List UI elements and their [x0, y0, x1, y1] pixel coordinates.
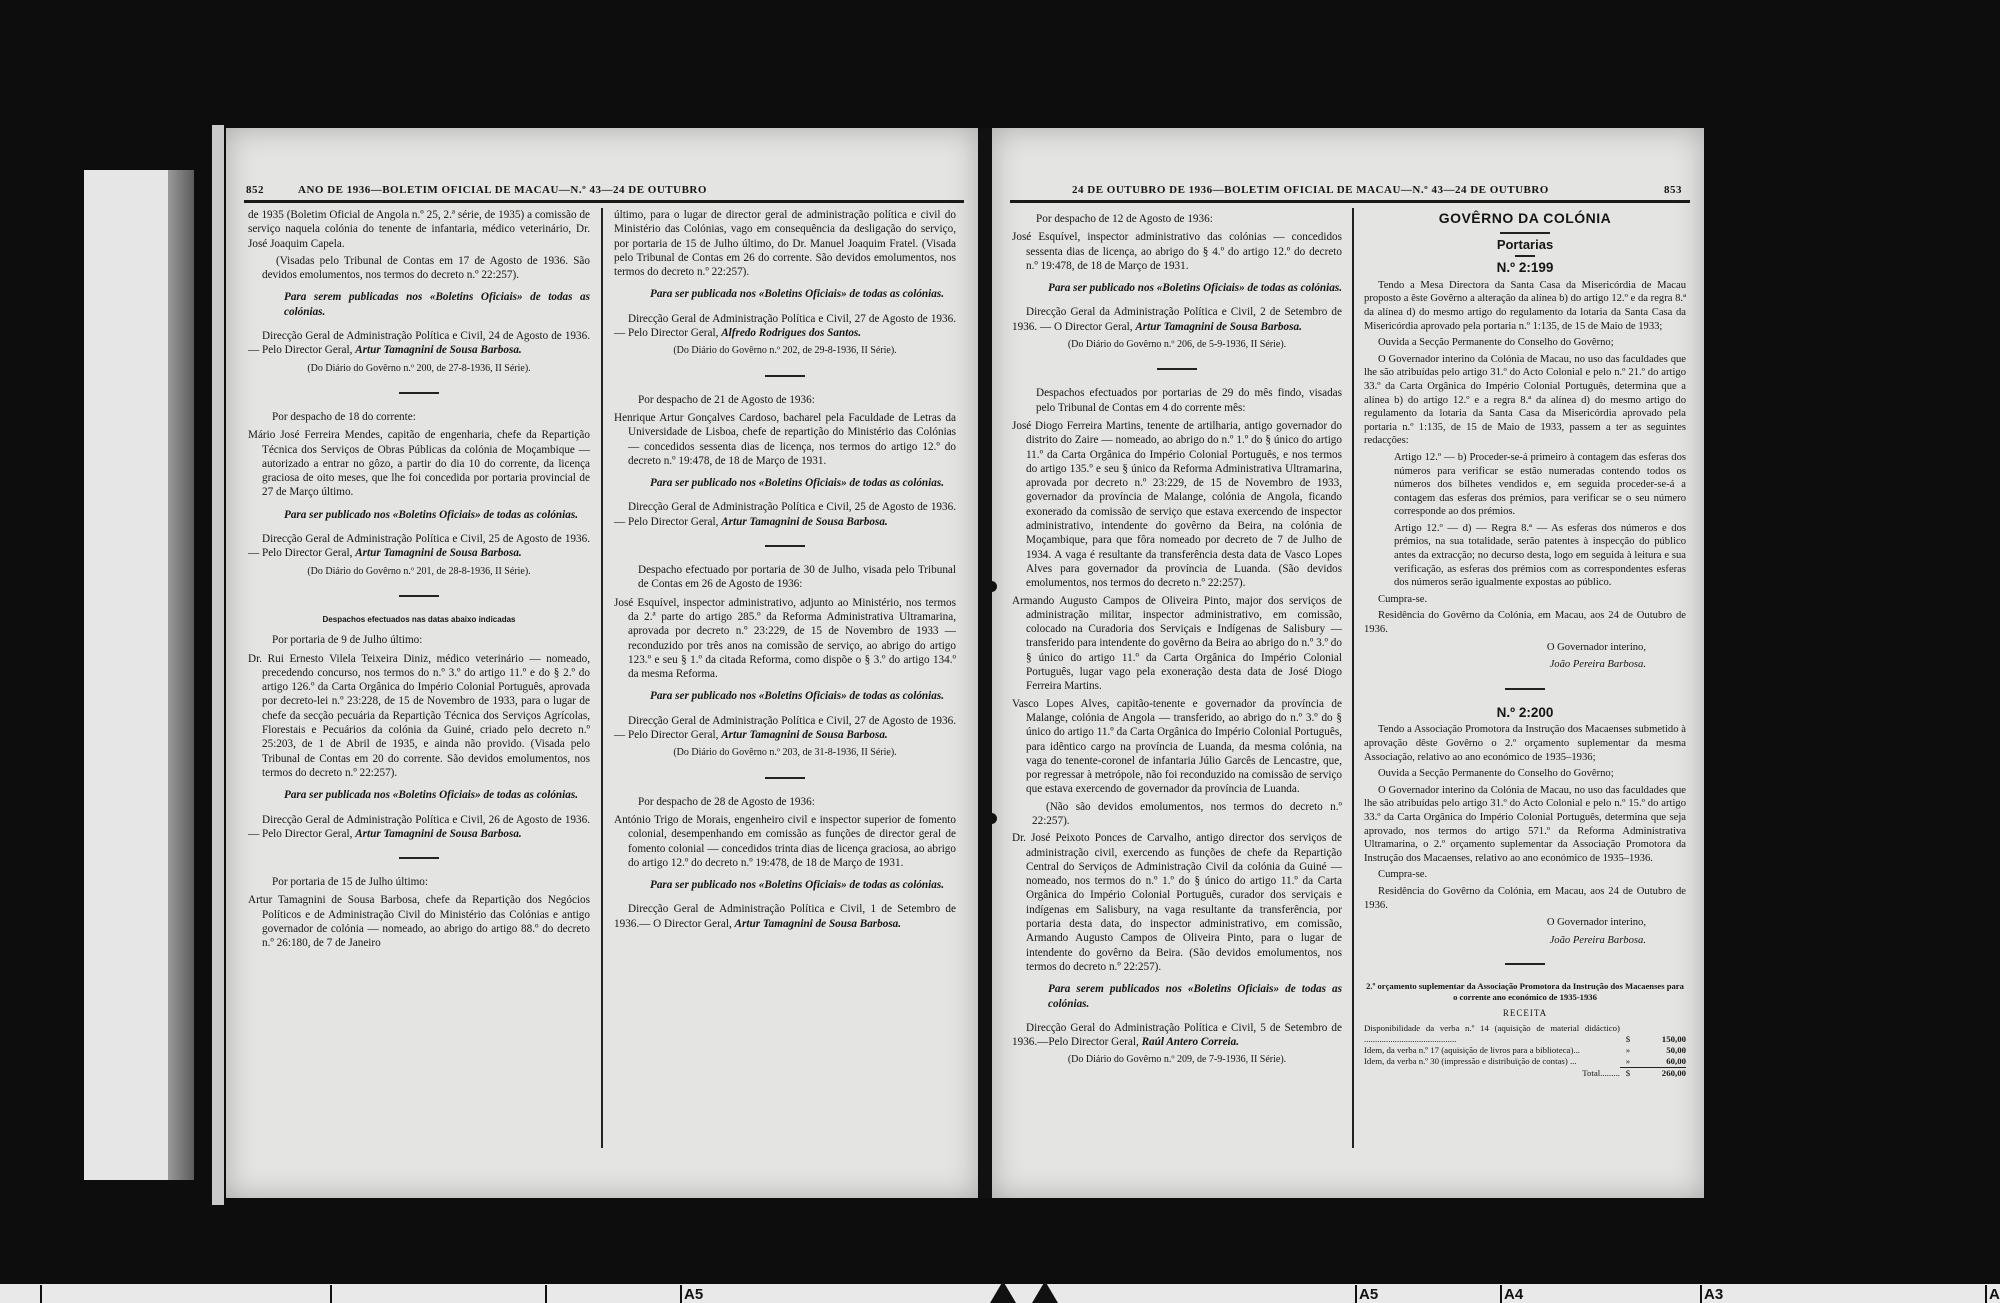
quoted-article: Artigo 12.º — b) Proceder-se-á primeiro …: [1364, 451, 1686, 519]
paragraph: Tendo a Associação Promotora da Instruçã…: [1364, 723, 1686, 764]
scale-marker: A: [1985, 1286, 2000, 1303]
budget-currency: »: [1620, 1056, 1636, 1068]
publication-note: Para ser publicado nos «Boletins Oficiai…: [614, 689, 956, 703]
signer-name: João Pereira Barbosa.: [1364, 658, 1686, 672]
despacho-intro: Por despacho de 12 de Agosto de 1936:: [1012, 212, 1342, 226]
signer-name: Artur Tamagnini de Sousa Barbosa.: [735, 918, 902, 930]
header-rule: [1010, 200, 1690, 203]
despacho-intro: Por despacho de 28 de Agosto de 1936:: [614, 795, 956, 809]
signature-block: Direcção Geral da Administração Política…: [1012, 305, 1342, 334]
left-running-head: ANO DE 1936—BOLETIM OFICIAL DE MACAU—N.º…: [298, 184, 707, 196]
signature-block: Direcção Geral de Administração Política…: [614, 714, 956, 743]
budget-currency: »: [1620, 1045, 1636, 1056]
source-citation: (Do Diário do Govêrno n.º 201, de 28-8-1…: [248, 565, 590, 579]
paragraph: Dr. José Peixoto Ponces de Carvalho, ant…: [1012, 831, 1342, 974]
right-page-column-2: GOVÊRNO DA COLÓNIA Portarias N.º 2:199 T…: [1364, 208, 1686, 1079]
section-separator: [1505, 688, 1545, 690]
budget-row: Idem, da verba n.º 30 (impressão e distr…: [1364, 1056, 1686, 1068]
scale-marker: A3: [1700, 1286, 1723, 1303]
scale-marker: A4: [1500, 1286, 1523, 1303]
publication-note: Para ser publicado nos «Boletins Oficiai…: [614, 476, 956, 490]
source-citation: (Do Diário do Govêrno n.º 209, de 7-9-19…: [1012, 1053, 1342, 1067]
book-edge: [212, 125, 224, 1205]
publication-note: Para ser publicado nos «Boletins Oficiai…: [614, 878, 956, 892]
total-label: Total.........: [1364, 1067, 1620, 1079]
page-gutter: [978, 128, 992, 1198]
budget-table: Disponibilidade da verba n.º 14 (aquisiç…: [1364, 1023, 1686, 1079]
source-citation: (Do Diário do Govêrno n.º 200, de 27-8-1…: [248, 362, 590, 376]
section-separator: [765, 545, 805, 547]
paragraph: Cumpra-se.: [1364, 593, 1686, 607]
source-citation: (Do Diário do Govêrno n.º 206, de 5-9-19…: [1012, 338, 1342, 352]
despacho-intro: Por despacho de 18 do corrente:: [248, 410, 590, 424]
paragraph: Tendo a Mesa Directora da Santa Casa da …: [1364, 279, 1686, 333]
paragraph: Armando Augusto Campos de Oliveira Pinto…: [1012, 594, 1342, 694]
signer-name: Artur Tamagnini de Sousa Barbosa.: [355, 828, 522, 840]
header-rule: [244, 200, 964, 203]
signature-block: Direcção Geral de Administração Política…: [614, 312, 956, 341]
portaria-number: N.º 2:199: [1364, 261, 1686, 275]
paragraph: O Governador interino da Colónia de Maca…: [1364, 784, 1686, 866]
budget-row: Disponibilidade da verba n.º 14 (aquisiç…: [1364, 1023, 1686, 1045]
right-page: 24 DE OUTUBRO DE 1936—BOLETIM OFICIAL DE…: [992, 128, 1704, 1198]
section-separator: [1505, 963, 1545, 965]
binding-hole: [986, 813, 997, 824]
signature-block: Direcção Geral do Administração Política…: [1012, 1021, 1342, 1050]
column-rule: [1352, 208, 1354, 1148]
paragraph: Henrique Artur Gonçalves Cardoso, bachar…: [614, 411, 956, 468]
adjacent-page-strip: [84, 170, 194, 1180]
signer-title: O Governador interino,: [1364, 641, 1686, 655]
section-separator: [399, 595, 439, 597]
paragraph: António Trigo de Morais, engenheiro civi…: [614, 813, 956, 870]
government-heading: GOVÊRNO DA COLÓNIA: [1364, 212, 1686, 226]
paragraph: Residência do Govêrno da Colónia, em Mac…: [1364, 609, 1686, 636]
total-amount: 260,00: [1636, 1067, 1686, 1079]
despacho-intro: Por despacho de 21 de Agosto de 1936:: [614, 393, 956, 407]
left-page-column-1: de 1935 (Boletim Oficial de Angola n.º 2…: [248, 208, 590, 954]
visa-note: (Visadas pelo Tribunal de Contas em 17 d…: [248, 254, 590, 283]
budget-label: Idem, da verba n.º 30 (impressão e distr…: [1364, 1056, 1620, 1068]
right-page-column-1: Por despacho de 12 de Agosto de 1936: Jo…: [1012, 208, 1342, 1074]
signer-title: O Governador interino,: [1364, 916, 1686, 930]
left-page-number: 852: [246, 184, 264, 196]
paragraph: Mário José Ferreira Mendes, capitão de e…: [248, 428, 590, 499]
signature-block: Direcção Geral de Administração Política…: [248, 813, 590, 842]
despacho-intro: Despachos efectuados por portarias de 29…: [1012, 386, 1342, 415]
paragraph: último, para o lugar de director geral d…: [614, 208, 956, 279]
budget-row: Idem, da verba n.º 17 (aquisição de livr…: [1364, 1045, 1686, 1056]
right-running-head: 24 DE OUTUBRO DE 1936—BOLETIM OFICIAL DE…: [1072, 184, 1549, 196]
despacho-intro: Por portaria de 9 de Julho último:: [248, 633, 590, 647]
section-separator: [1515, 255, 1535, 257]
budget-amount: 60,00: [1636, 1056, 1686, 1068]
budget-currency: $: [1620, 1023, 1636, 1045]
section-separator: [1500, 232, 1550, 234]
signature-block: Direcção Geral de Administração Política…: [614, 500, 956, 529]
signature-block: Direcção Geral de Administração Política…: [614, 902, 956, 931]
section-separator: [765, 777, 805, 779]
signer-name: Artur Tamagnini de Sousa Barbosa.: [721, 516, 888, 528]
signer-name: João Pereira Barbosa.: [1364, 934, 1686, 948]
despacho-intro: Por portaria de 15 de Julho último:: [248, 875, 590, 889]
microfilm-scale-strip: A5 A5 A4 A3 A: [0, 1284, 2000, 1303]
budget-title: 2.º orçamento suplementar da Associação …: [1364, 981, 1686, 1003]
subheading: Despachos efectuados nas datas abaixo in…: [248, 613, 590, 627]
total-currency: $: [1620, 1067, 1636, 1079]
signer-name: Artur Tamagnini de Sousa Barbosa.: [355, 344, 522, 356]
signer-name: Alfredo Rodrigues dos Santos.: [721, 327, 861, 339]
budget-total-row: Total......... $ 260,00: [1364, 1067, 1686, 1079]
signer-name: Artur Tamagnini de Sousa Barbosa.: [355, 547, 522, 559]
film-center-triangle: [990, 1281, 1016, 1303]
paragraph: Ouvida a Secção Permanente do Conselho d…: [1364, 767, 1686, 781]
budget-label: Disponibilidade da verba n.º 14 (aquisiç…: [1364, 1023, 1620, 1045]
budget-label: Idem, da verba n.º 17 (aquisição de livr…: [1364, 1045, 1620, 1056]
publication-note: Para ser publicada nos «Boletins Oficiai…: [248, 788, 590, 802]
paragraph: de 1935 (Boletim Oficial de Angola n.º 2…: [248, 208, 590, 251]
column-rule: [601, 208, 603, 1148]
paragraph: José Esquível, inspector administrativo …: [1012, 230, 1342, 273]
budget-amount: 150,00: [1636, 1023, 1686, 1045]
left-page: 852 ANO DE 1936—BOLETIM OFICIAL DE MACAU…: [226, 128, 978, 1198]
section-separator: [399, 857, 439, 859]
source-citation: (Do Diário do Govêrno n.º 202, de 29-8-1…: [614, 344, 956, 358]
left-page-column-2: último, para o lugar de director geral d…: [614, 208, 956, 933]
paragraph: Vasco Lopes Alves, capitão-tenente e gov…: [1012, 697, 1342, 797]
paragraph: Cumpra-se.: [1364, 868, 1686, 882]
signer-name: Artur Tamagnini de Sousa Barbosa.: [721, 729, 888, 741]
budget-section: RECEITA: [1364, 1007, 1686, 1021]
binding-hole: [986, 581, 997, 592]
paragraph: Artur Tamagnini de Sousa Barbosa, chefe …: [248, 893, 590, 950]
publication-note: Para ser publicado nos «Boletins Oficiai…: [1012, 281, 1342, 295]
publication-note: Para ser publicada nos «Boletins Oficiai…: [614, 287, 956, 301]
right-page-number: 853: [1664, 184, 1682, 196]
portaria-number: N.º 2:200: [1364, 706, 1686, 720]
paragraph: José Diogo Ferreira Martins, tenente de …: [1012, 419, 1342, 591]
film-center-triangle: [1032, 1281, 1058, 1303]
paragraph: O Governador interino da Colónia de Maca…: [1364, 353, 1686, 448]
section-separator: [765, 375, 805, 377]
publication-note: Para serem publicadas nos «Boletins Ofic…: [248, 290, 590, 319]
publication-note: Para serem publicados nos «Boletins Ofic…: [1012, 982, 1342, 1011]
paragraph: Residência do Govêrno da Colónia, em Mac…: [1364, 885, 1686, 912]
scale-marker: A5: [1355, 1286, 1378, 1303]
paragraph: José Esquível, inspector administrativo,…: [614, 596, 956, 682]
signer-name: Artur Tamagnini de Sousa Barbosa.: [1135, 321, 1302, 333]
paragraph: (Não são devidos emolumentos, nos termos…: [1012, 800, 1342, 829]
section-title: Portarias: [1364, 238, 1686, 252]
section-separator: [1157, 368, 1197, 370]
paragraph: Ouvida a Secção Permanente do Conselho d…: [1364, 336, 1686, 350]
despacho-intro: Despacho efectuado por portaria de 30 de…: [614, 563, 956, 592]
source-citation: (Do Diário do Govêrno n.º 203, de 31-8-1…: [614, 746, 956, 760]
publication-note: Para ser publicado nos «Boletins Oficiai…: [248, 508, 590, 522]
paragraph: Dr. Rui Ernesto Vilela Teixeira Diniz, m…: [248, 652, 590, 781]
section-separator: [399, 392, 439, 394]
signature-block: Direcção Geral de Administração Política…: [248, 532, 590, 561]
budget-amount: 50,00: [1636, 1045, 1686, 1056]
signature-block: Direcção Geral de Administração Política…: [248, 329, 590, 358]
signer-name: Raúl Antero Correia.: [1142, 1036, 1240, 1048]
scale-marker-left: A5: [680, 1286, 703, 1303]
quoted-article: Artigo 12.º — d) — Regra 8.ª — As esfera…: [1364, 522, 1686, 590]
